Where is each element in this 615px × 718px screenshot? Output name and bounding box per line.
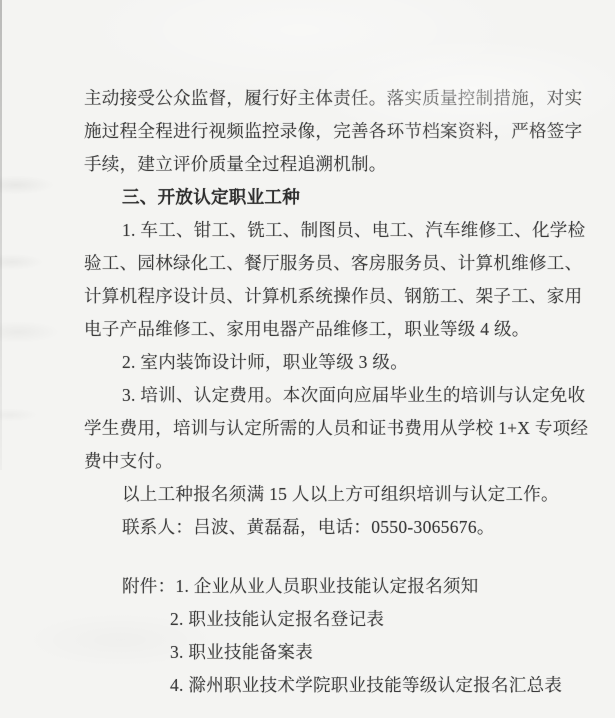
text-line: 2. 室内装饰设计师，职业等级 3 级。	[84, 346, 589, 379]
section-heading: 三、开放认定职业工种	[84, 181, 589, 214]
text-line: 手续，建立评价质量全过程追溯机制。	[84, 148, 589, 181]
text-line: 费中支付。	[84, 445, 589, 478]
text-line: 联系人：吕波、黄磊磊，电话：0550-3065676。	[84, 511, 589, 544]
text-line: 计算机程序设计员、计算机系统操作员、钢筋工、架子工、家用	[84, 280, 589, 313]
text-line: 以上工种报名须满 15 人以上方可组织培训与认定工作。	[84, 478, 589, 511]
text-line: 附件：1. 企业从业人员职业技能认定报名须知	[84, 570, 589, 603]
scan-edge-shadow	[0, 0, 2, 470]
text-line: 1. 车工、钳工、铣工、制图员、电工、汽车维修工、化学检	[84, 214, 589, 247]
text-line: 学生费用，培训与认定所需的人员和证书费用从学校 1+X 专项经	[84, 412, 589, 445]
text-line: 验工、园林绿化工、餐厅服务员、客房服务员、计算机维修工、	[84, 247, 589, 280]
text-line: 3. 职业技能备案表	[84, 636, 589, 669]
text-line: 4. 滁州职业技术学院职业技能等级认定报名汇总表	[84, 669, 589, 702]
text-line: 2. 职业技能认定报名登记表	[84, 603, 589, 636]
text-line: 施过程全程进行视频监控录像，完善各环节档案资料，严格签字	[84, 115, 589, 148]
text-line: 主动接受公众监督，履行好主体责任。落实质量控制措施，对实	[84, 82, 589, 115]
text-line: 电子产品维修工、家用电器产品维修工，职业等级 4 级。	[84, 313, 589, 346]
scanned-document-page: 主动接受公众监督，履行好主体责任。落实质量控制措施，对实施过程全程进行视频监控录…	[0, 0, 615, 718]
document-body: 主动接受公众监督，履行好主体责任。落实质量控制措施，对实施过程全程进行视频监控录…	[84, 82, 589, 702]
text-line: 3. 培训、认定费用。本次面向应届毕业生的培训与认定免收	[84, 379, 589, 412]
